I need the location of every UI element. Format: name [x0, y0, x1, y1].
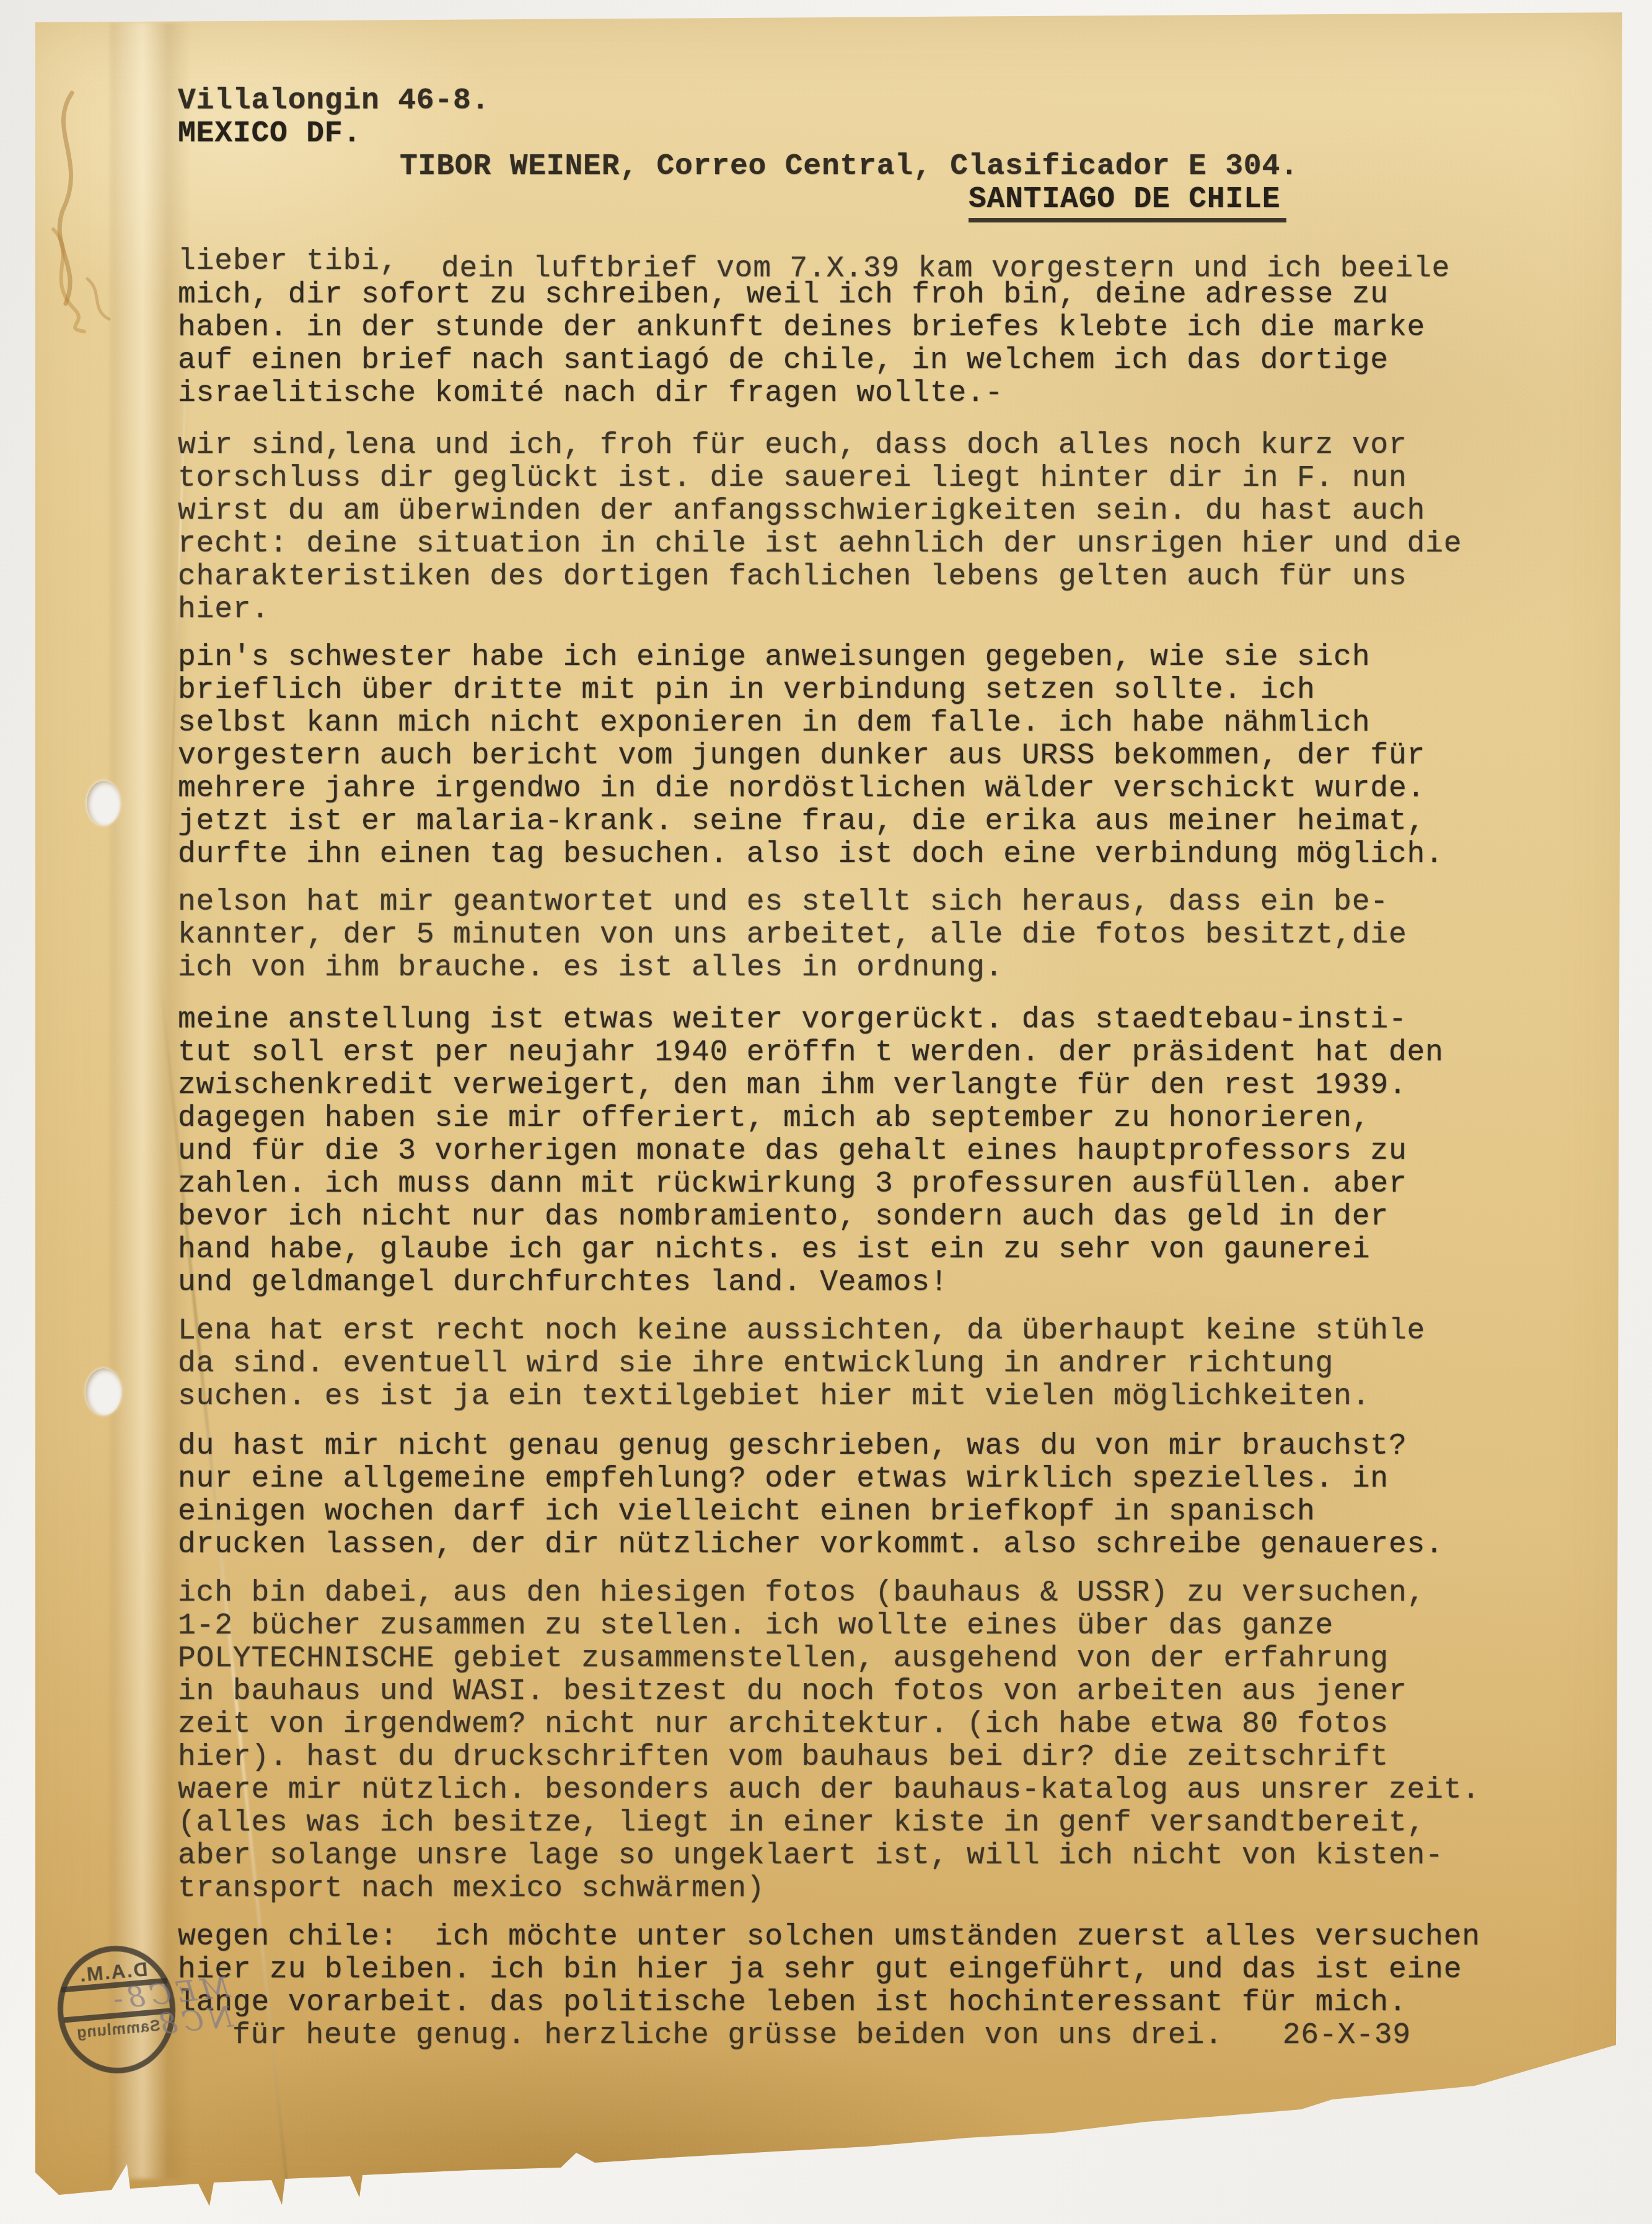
sender-address-line: Villalongin 46-8. — [178, 85, 490, 118]
paragraph-8: ich bin dabei, aus den hiesigen fotos (b… — [178, 1577, 1480, 1905]
paragraph-5: meine anstellung ist etwas weiter vorger… — [178, 1004, 1444, 1299]
paragraph-9: wegen chile: ich möchte unter solchen um… — [178, 1921, 1480, 2020]
salutation-line: lieber tibi, dein luftbrief vom 7.X.39 k… — [178, 245, 1425, 278]
paper-sheet: Villalongin 46-8. MEXICO DF. TIBOR WEINE… — [0, 0, 1652, 2224]
paragraph-6: Lena hat erst recht noch keine aussichte… — [178, 1315, 1425, 1413]
closing-line: für heute genug. herzliche grüsse beiden… — [232, 2020, 1411, 2052]
sender-address-line: MEXICO DF. — [178, 118, 361, 151]
punch-hole — [87, 781, 120, 825]
recipient-city-underlined: SANTIAGO DE CHILE — [969, 183, 1286, 222]
paragraph-1: mich, dir sofort zu schreiben, weil ich … — [178, 279, 1425, 410]
scan-background: { "letter": { "sender": { "line1": "Vill… — [0, 0, 1652, 2224]
paragraph-7: du hast mir nicht genau genug geschriebe… — [178, 1430, 1444, 1562]
recipient-line: TIBOR WEINER, Correo Central, Clasificad… — [400, 151, 1299, 183]
letter-date: 26-X-39 — [1283, 2019, 1411, 2052]
punch-hole — [86, 1368, 121, 1415]
paragraph-4: nelson hat mir geantwortet und es stellt… — [178, 886, 1407, 985]
paragraph-2: wir sind,lena und ich, froh für euch, da… — [178, 429, 1462, 626]
closing-greeting: für heute genug. herzliche grüsse beiden… — [232, 2019, 1223, 2052]
salutation: lieber tibi, — [178, 245, 416, 278]
paragraph-3: pin's schwester habe ich einige anweisun… — [178, 641, 1444, 871]
ink-stain — [29, 74, 159, 335]
